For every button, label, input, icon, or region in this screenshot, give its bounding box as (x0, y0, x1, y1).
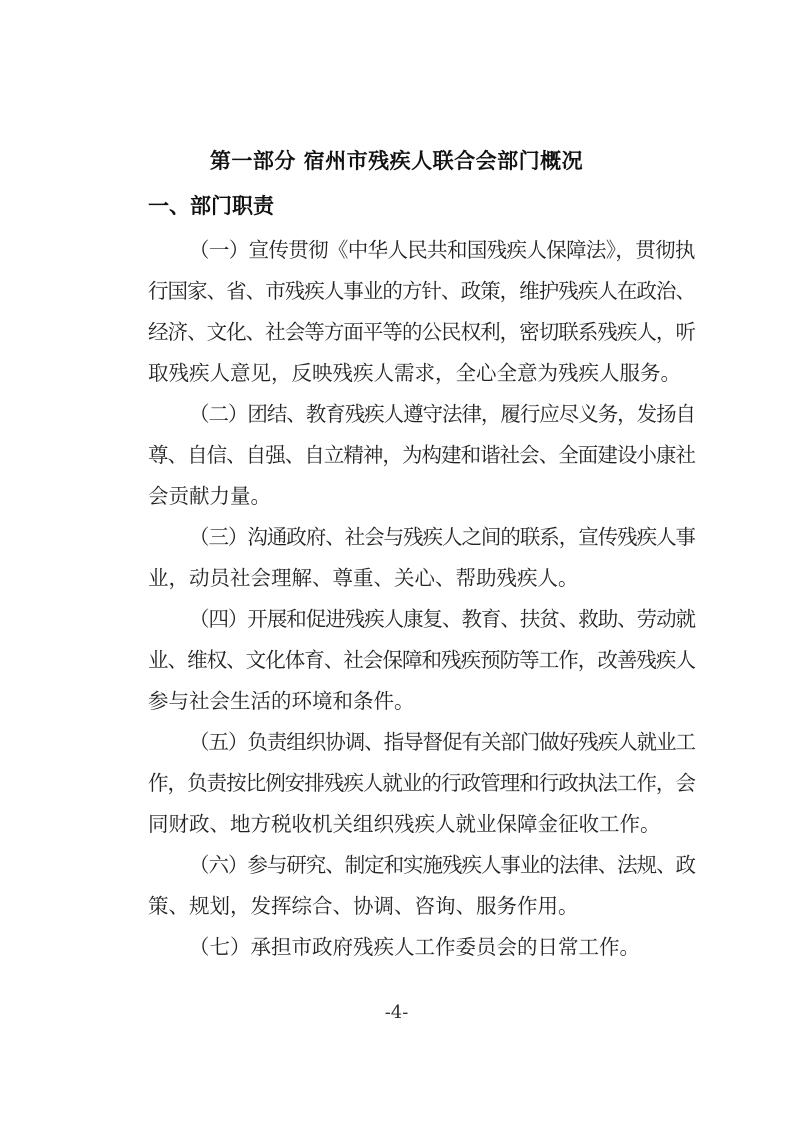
paragraph-1: （一）宣传贯彻《中华人民共和国残疾人保障法》，贯彻执 行国家、省、市残疾人事业的… (107, 230, 695, 394)
text-line: 同财政、地方税收机关组织残疾人就业保障金征收工作。 (107, 804, 695, 845)
text-line: （七）承担市政府残疾人工作委员会的日常工作。 (107, 927, 695, 968)
document-page: 第一部分 宿州市残疾人联合会部门概况 一、部门职责 （一）宣传贯彻《中华人民共和… (0, 0, 793, 1122)
page-number: -4- (0, 1002, 793, 1023)
text-line: 业、维权、文化体育、社会保障和残疾预防等工作，改善残疾人 (107, 640, 695, 681)
paragraph-7: （七）承担市政府残疾人工作委员会的日常工作。 (107, 927, 695, 968)
text-line: 尊、自信、自强、自立精神，为构建和谐社会、全面建设小康社 (107, 435, 695, 476)
text-line: （二）团结、教育残疾人遵守法律，履行应尽义务，发扬自 (107, 394, 695, 435)
text-line: 作，负责按比例安排残疾人就业的行政管理和行政执法工作，会 (107, 763, 695, 804)
text-line: 业，动员社会理解、尊重、关心、帮助残疾人。 (107, 558, 695, 599)
text-line: （五）负责组织协调、指导督促有关部门做好残疾人就业工 (107, 722, 695, 763)
paragraph-2: （二）团结、教育残疾人遵守法律，履行应尽义务，发扬自 尊、自信、自强、自立精神，… (107, 394, 695, 517)
paragraph-3: （三）沟通政府、社会与残疾人之间的联系，宣传残疾人事 业，动员社会理解、尊重、关… (107, 517, 695, 599)
page-title: 第一部分 宿州市残疾人联合会部门概况 (0, 145, 793, 175)
text-line: （六）参与研究、制定和实施残疾人事业的法律、法规、政 (107, 845, 695, 886)
text-line: 参与社会生活的环境和条件。 (107, 681, 695, 722)
text-line: 策、规划，发挥综合、协调、咨询、服务作用。 (107, 886, 695, 927)
body-text: （一）宣传贯彻《中华人民共和国残疾人保障法》，贯彻执 行国家、省、市残疾人事业的… (107, 230, 695, 968)
text-line: （四）开展和促进残疾人康复、教育、扶贫、救助、劳动就 (107, 599, 695, 640)
section-heading: 一、部门职责 (148, 190, 274, 220)
paragraph-5: （五）负责组织协调、指导督促有关部门做好残疾人就业工 作，负责按比例安排残疾人就… (107, 722, 695, 845)
paragraph-4: （四）开展和促进残疾人康复、教育、扶贫、救助、劳动就 业、维权、文化体育、社会保… (107, 599, 695, 722)
paragraph-6: （六）参与研究、制定和实施残疾人事业的法律、法规、政 策、规划，发挥综合、协调、… (107, 845, 695, 927)
text-line: 行国家、省、市残疾人事业的方针、政策，维护残疾人在政治、 (107, 271, 695, 312)
text-line: 会贡献力量。 (107, 476, 695, 517)
text-line: （三）沟通政府、社会与残疾人之间的联系，宣传残疾人事 (107, 517, 695, 558)
text-line: 经济、文化、社会等方面平等的公民权利，密切联系残疾人，听 (107, 312, 695, 353)
text-line: 取残疾人意见，反映残疾人需求，全心全意为残疾人服务。 (107, 353, 695, 394)
text-line: （一）宣传贯彻《中华人民共和国残疾人保障法》，贯彻执 (107, 230, 695, 271)
